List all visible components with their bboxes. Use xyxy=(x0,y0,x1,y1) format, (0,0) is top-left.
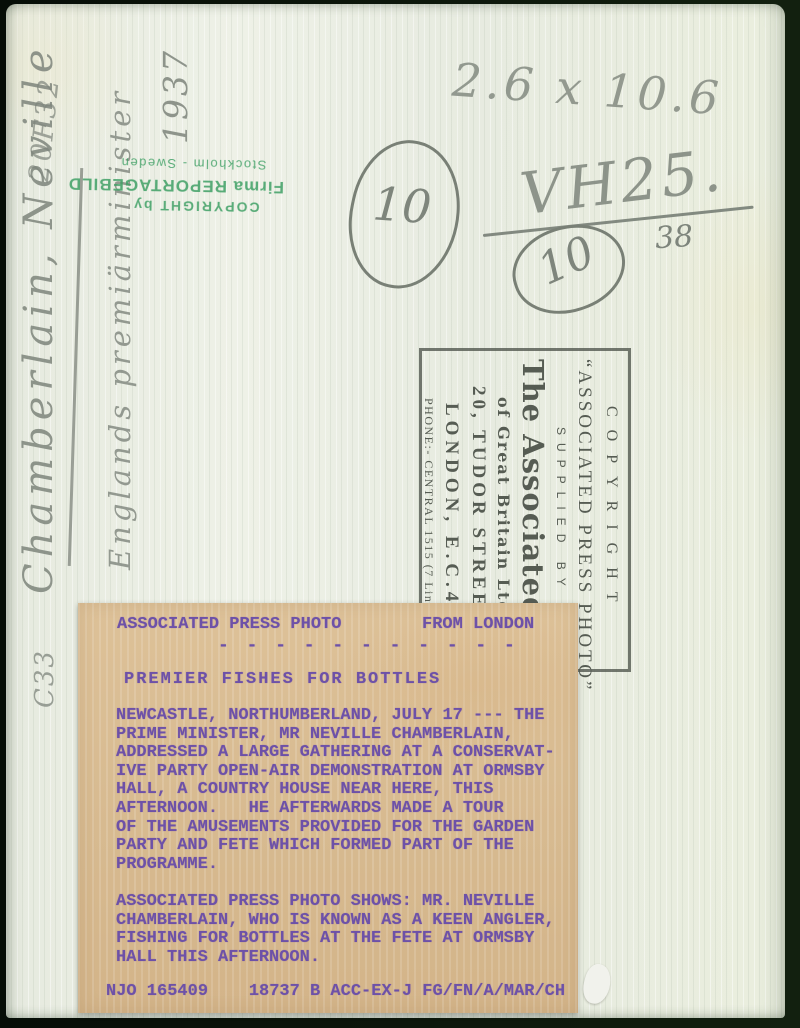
caption-reference-codes: NJO 165409 18737 B ACC-EX-J FG/FN/A/MAR/… xyxy=(106,982,565,1001)
green-agency-stamp: COPYRIGHT by Firma REPORTAGEBILD Stockho… xyxy=(56,154,285,216)
ap-stamp-copyright: COPYRIGHT xyxy=(599,359,623,661)
pencil-circled-number-top: 10 xyxy=(371,176,433,234)
caption-paragraph-2: ASSOCIATED PRESS PHOTO SHOWS: MR. NEVILL… xyxy=(116,893,555,967)
pencil-side-code: C33 xyxy=(30,649,60,708)
green-stamp-firm-line: Firma REPORTAGEBILD xyxy=(56,173,284,197)
scan-background: 20F32 Chamberlain, Neville Englands prem… xyxy=(0,0,800,1028)
pencil-number-38: 38 xyxy=(654,219,695,257)
pencil-subject-name: Chamberlain, Neville xyxy=(16,44,62,595)
caption-paragraph-1: NEWCASTLE, NORTHUMBERLAND, JULY 17 --- T… xyxy=(116,707,555,874)
caption-header-right: FROM LONDON xyxy=(422,615,534,634)
caption-header-left: ASSOCIATED PRESS PHOTO xyxy=(117,615,341,634)
caption-divider-dashes: - - - - - - - - - - - xyxy=(218,636,518,656)
green-stamp-city-line: Stockholm - Sweden xyxy=(56,154,266,173)
pencil-circled-number-bottom: 10 xyxy=(530,226,602,295)
caption-title: PREMIER FISHES FOR BOTTLES xyxy=(124,670,441,689)
pencil-year: 1937 xyxy=(156,48,195,144)
caption-sticker: ASSOCIATED PRESS PHOTO FROM LONDON - - -… xyxy=(78,603,578,1013)
